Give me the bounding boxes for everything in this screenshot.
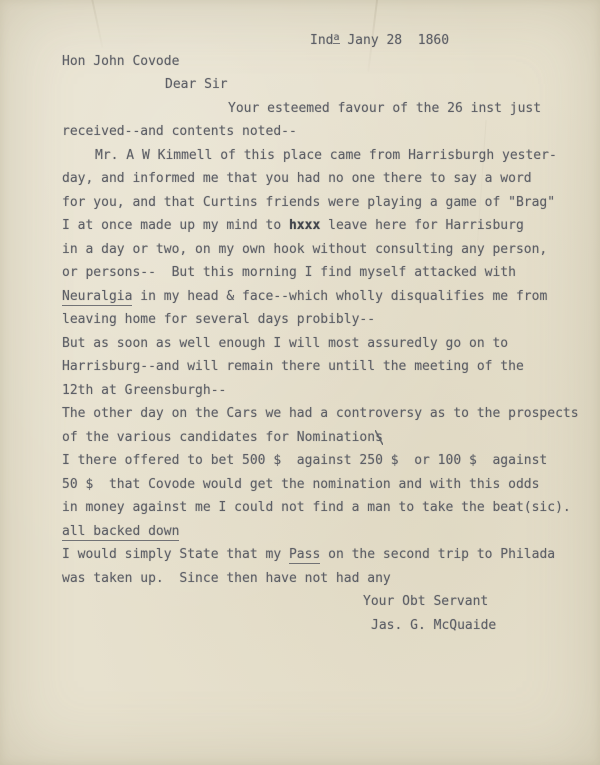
dateline: Inda Jany 28 1860	[62, 26, 579, 50]
recipient-line: Hon John Covode	[62, 50, 579, 74]
line-text: I at once made up my mind to	[62, 218, 289, 233]
letter-line: But as soon as well enough I will most a…	[62, 332, 579, 356]
letter-line: Harrisburg--and will remain there untill…	[62, 355, 579, 379]
dateline-date: Jany 28 1860	[340, 33, 450, 48]
letter-line: was taken up. Since then have not had an…	[62, 567, 579, 591]
letter-line: The other day on the Cars we had a contr…	[62, 402, 579, 426]
overtyped-text: hxxx	[289, 218, 320, 233]
letter-page: Inda Jany 28 1860 Hon John Covode Dear S…	[0, 0, 600, 765]
letter-line: I there offered to bet 500 $ against 250…	[62, 449, 579, 473]
struck-character: s	[375, 430, 383, 445]
letter-line: Neuralgia in my head & face--which wholl…	[62, 285, 579, 309]
line-text: I would simply State that my	[62, 547, 289, 562]
salutation-line: Dear Sir	[62, 73, 579, 97]
underlined-text: all backed down	[62, 524, 179, 541]
dateline-place: Ind	[310, 33, 333, 48]
underlined-text: Neuralgia	[62, 289, 132, 306]
letter-line: I would simply State that my Pass on the…	[62, 543, 579, 567]
letter-line: 12th at Greensburgh--	[62, 379, 579, 403]
letter-line: I at once made up my mind to hxxx leave …	[62, 214, 579, 238]
letter-body: Inda Jany 28 1860 Hon John Covode Dear S…	[62, 26, 579, 637]
underlined-text: Pass	[289, 547, 320, 564]
letter-line: or persons-- But this morning I find mys…	[62, 261, 579, 285]
letter-line: 50 $ that Covode would get the nominatio…	[62, 473, 579, 497]
letter-line: in a day or two, on my own hook without …	[62, 238, 579, 262]
letter-line: received--and contents noted--	[62, 120, 579, 144]
line-text: in my head & face--which wholly disquali…	[132, 289, 547, 304]
letter-line: of the various candidates for Nomination…	[62, 426, 579, 450]
line-text: of the various candidates for Nomination	[62, 430, 375, 445]
letter-line: Your esteemed favour of the 26 inst just	[62, 97, 579, 121]
signature-line: Jas. G. McQuaide	[62, 614, 579, 638]
line-text: on the second trip to Philada	[320, 547, 555, 562]
letter-line: all backed down	[62, 520, 579, 544]
letter-line: in money against me I could not find a m…	[62, 496, 579, 520]
closing-line: Your Obt Servant	[62, 590, 579, 614]
letter-line: Mr. A W Kimmell of this place came from …	[62, 144, 579, 168]
line-text: leave here for Harrisburg	[320, 218, 524, 233]
letter-line: leaving home for several days probibly--	[62, 308, 579, 332]
letter-line: for you, and that Curtins friends were p…	[62, 191, 579, 215]
letter-line: day, and informed me that you had no one…	[62, 167, 579, 191]
